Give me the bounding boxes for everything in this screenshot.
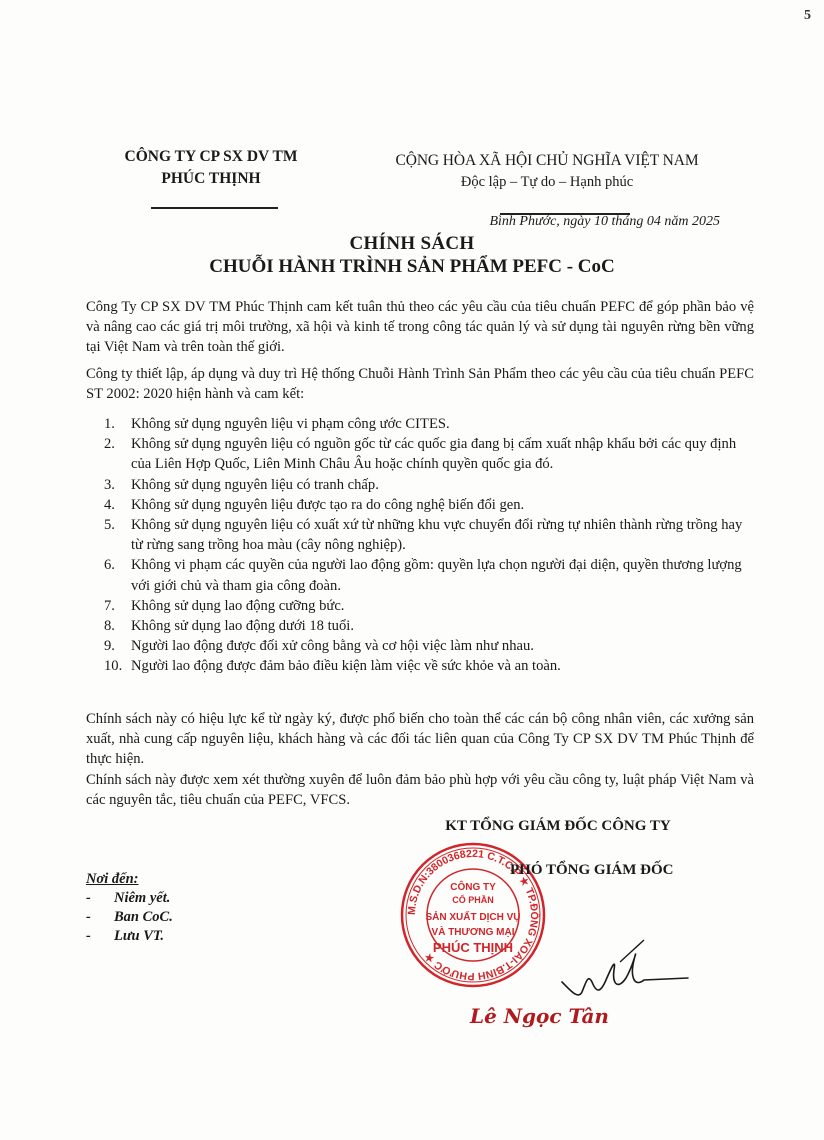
- commitment-intro-paragraph: Công ty thiết lập, áp dụng và duy trì Hệ…: [86, 364, 754, 404]
- national-motto: Độc lập – Tự do – Hạnh phúc: [362, 172, 732, 192]
- bullet-dash: -: [86, 908, 114, 927]
- recipient-label: Niêm yết.: [114, 889, 170, 908]
- commitment-text: Người lao động được đối xử công bằng và …: [131, 636, 754, 656]
- bullet-dash: -: [86, 889, 114, 908]
- commitment-item: 7.Không sử dụng lao động cưỡng bức.: [104, 596, 754, 616]
- commitment-number: 4.: [104, 495, 131, 515]
- commitment-text: Người lao động được đảm bảo điều kiện là…: [131, 656, 754, 676]
- company-name-line1: CÔNG TY CP SX DV TM: [96, 146, 326, 168]
- effective-paragraph: Chính sách này có hiệu lực kể từ ngày ký…: [86, 709, 754, 769]
- signature-title: KT TỔNG GIÁM ĐỐC CÔNG TY: [398, 818, 718, 835]
- svg-text:CỔ PHẦN: CỔ PHẦN: [452, 894, 494, 905]
- commitment-number: 8.: [104, 616, 131, 636]
- commitment-item: 1.Không sử dụng nguyên liệu vi phạm công…: [104, 414, 754, 434]
- recipient-item: -Niêm yết.: [86, 889, 173, 908]
- commitment-item: 3.Không sử dụng nguyên liệu có tranh chấ…: [104, 475, 754, 495]
- recipients-block: Nơi đến: -Niêm yết.-Ban CoC.-Lưu VT.: [86, 870, 173, 946]
- commitment-number: 10.: [104, 656, 131, 676]
- commitment-text: Không sử dụng nguyên liệu được tạo ra do…: [131, 495, 754, 515]
- commitment-number: 6.: [104, 555, 131, 595]
- intro-paragraph: Công Ty CP SX DV TM Phúc Thịnh cam kết t…: [86, 297, 754, 357]
- commitment-number: 9.: [104, 636, 131, 656]
- commitment-text: Không sử dụng nguyên liệu có tranh chấp.: [131, 475, 754, 495]
- svg-text:SẢN XUẤT DỊCH VỤ: SẢN XUẤT DỊCH VỤ: [425, 910, 520, 923]
- company-header-divider: [151, 207, 278, 209]
- commitment-number: 2.: [104, 434, 131, 474]
- commitment-text: Không sử dụng nguyên liệu có xuất xứ từ …: [131, 515, 754, 555]
- commitment-text: Không sử dụng nguyên liệu có nguồn gốc t…: [131, 434, 754, 474]
- recipient-item: -Lưu VT.: [86, 927, 173, 946]
- nation-name: CỘNG HÒA XÃ HỘI CHỦ NGHĨA VIỆT NAM: [362, 150, 732, 172]
- commitment-number: 7.: [104, 596, 131, 616]
- commitment-item: 9.Người lao động được đối xử công bằng v…: [104, 636, 754, 656]
- recipient-label: Lưu VT.: [114, 927, 164, 946]
- commitment-item: 5.Không sử dụng nguyên liệu có xuất xứ t…: [104, 515, 754, 555]
- commitment-text: Không sử dụng lao động dưới 18 tuổi.: [131, 616, 754, 636]
- commitment-number: 3.: [104, 475, 131, 495]
- document-title: CHÍNH SÁCH: [0, 233, 824, 255]
- commitment-list: 1.Không sử dụng nguyên liệu vi phạm công…: [104, 414, 754, 677]
- svg-text:CÔNG TY: CÔNG TY: [450, 880, 496, 893]
- recipient-label: Ban CoC.: [114, 908, 173, 927]
- company-header: CÔNG TY CP SX DV TM PHÚC THỊNH: [96, 146, 326, 190]
- commitment-item: 10.Người lao động được đảm bảo điều kiện…: [104, 656, 754, 676]
- document-subtitle: CHUỖI HÀNH TRÌNH SẢN PHẨM PEFC - CoC: [0, 256, 824, 278]
- svg-text:PHÚC THỊNH: PHÚC THỊNH: [433, 940, 513, 955]
- review-paragraph: Chính sách này được xem xét thường xuyên…: [86, 770, 754, 810]
- handwritten-signature: [560, 930, 690, 1010]
- commitment-number: 5.: [104, 515, 131, 555]
- company-name-line2: PHÚC THỊNH: [96, 168, 326, 190]
- page-number-mark: 5: [804, 8, 811, 24]
- recipient-item: -Ban CoC.: [86, 908, 173, 927]
- commitment-text: Không sử dụng nguyên liệu vi phạm công ư…: [131, 414, 754, 434]
- commitment-item: 6.Không vi phạm các quyền của người lao …: [104, 555, 754, 595]
- svg-text:VÀ THƯƠNG MẠI: VÀ THƯƠNG MẠI: [432, 925, 515, 938]
- commitment-number: 1.: [104, 414, 131, 434]
- commitment-item: 8.Không sử dụng lao động dưới 18 tuổi.: [104, 616, 754, 636]
- commitment-item: 2.Không sử dụng nguyên liệu có nguồn gốc…: [104, 434, 754, 474]
- recipients-heading: Nơi đến:: [86, 870, 173, 889]
- commitment-text: Không vi phạm các quyền của người lao độ…: [131, 555, 754, 595]
- bullet-dash: -: [86, 927, 114, 946]
- commitment-item: 4.Không sử dụng nguyên liệu được tạo ra …: [104, 495, 754, 515]
- commitment-text: Không sử dụng lao động cưỡng bức.: [131, 596, 754, 616]
- dateline: Bình Phước, ngày 10 tháng 04 năm 2025: [360, 214, 720, 230]
- national-header: CỘNG HÒA XÃ HỘI CHỦ NGHĨA VIỆT NAM Độc l…: [362, 150, 732, 192]
- signer-name: Lê Ngọc Tân: [470, 1004, 609, 1028]
- signature-subtitle: PHÓ TỔNG GIÁM ĐỐC: [510, 862, 673, 879]
